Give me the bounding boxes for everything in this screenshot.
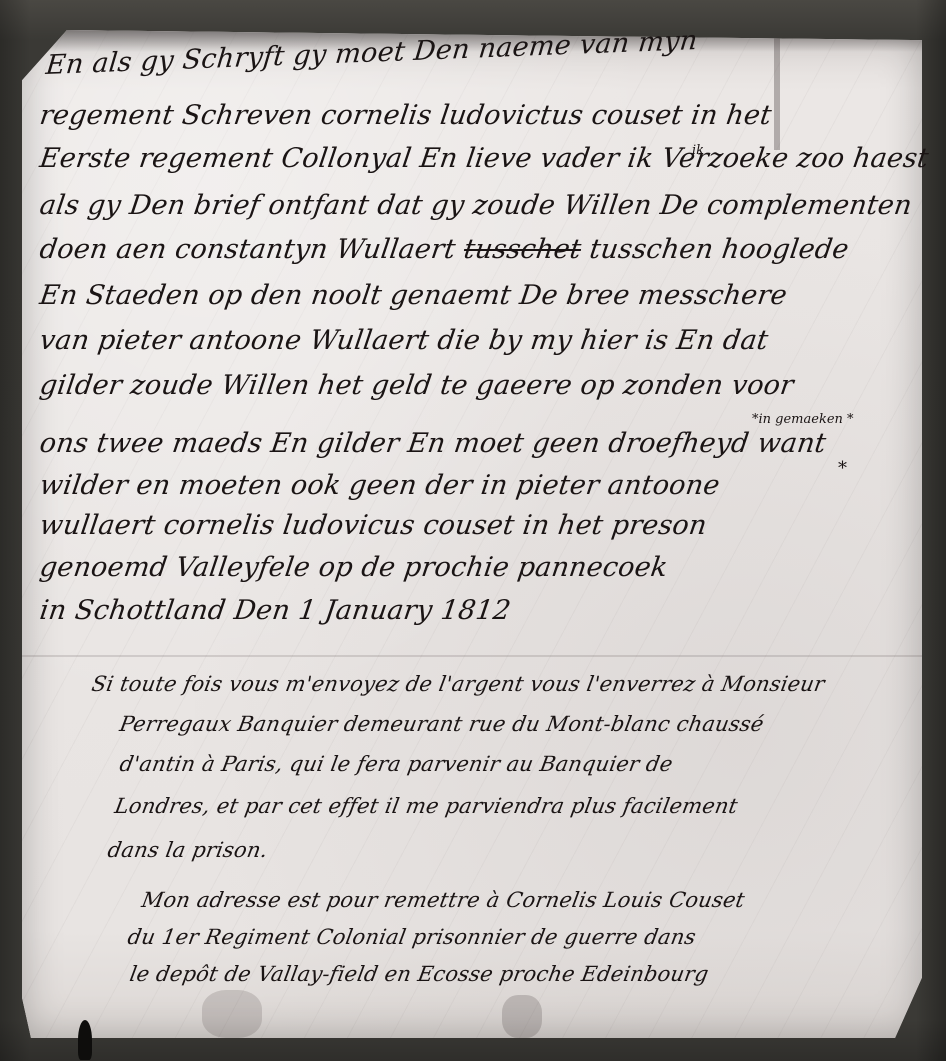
insertion-above-line: *in gemaeken * — [752, 412, 854, 427]
dutch-line-5-end: tusschen hooglede — [588, 234, 851, 265]
dutch-line-10: wilder en moeten ook geen der in pieter … — [38, 470, 722, 501]
dutch-line-2: regement Schreven cornelis ludovictus co… — [38, 100, 774, 131]
french-p1-line-1: Si toute fois vous m'envoyez de l'argent… — [90, 672, 827, 696]
french-p2-line-2: du 1er Regiment Colonial prisonnier de g… — [126, 925, 698, 949]
asterisk-mark: * — [838, 458, 847, 479]
french-p2-line-3: le depôt de Vallay-field en Ecosse proch… — [128, 962, 711, 986]
dutch-line-4: als gy Den brief ontfant dat gy zoude Wi… — [38, 190, 914, 221]
paper-stain — [202, 990, 262, 1038]
dutch-line-7: van pieter antoone Wullaert die by my hi… — [38, 325, 770, 356]
dutch-line-12: genoemd Valleyfele op de prochie panneco… — [38, 552, 670, 583]
french-p1-line-4: Londres, et par cet effet il me parviend… — [113, 794, 740, 818]
dutch-line-11: wullaert cornelis ludovicus couset in he… — [38, 510, 709, 541]
dutch-line-3: Eerste regement Collonyal En lieve vader… — [38, 143, 931, 174]
struck-word: tusschet — [462, 234, 583, 265]
dark-blot — [78, 1020, 92, 1060]
dutch-line-9-text: ons twee maeds En gilder En moet geen dr… — [38, 428, 751, 459]
paper-fold-stain — [774, 30, 780, 150]
dutch-line-9-end: want — [755, 428, 828, 459]
dutch-line-6: En Staeden op den noolt genaemt De bree … — [38, 280, 789, 311]
dutch-line-9: ons twee maeds En gilder En moet geen dr… — [38, 428, 828, 459]
paper-stain — [502, 995, 542, 1038]
french-p1-line-3: d'antin à Paris, qui le fera parvenir au… — [118, 752, 675, 776]
dutch-line-13-date: in Schottland Den 1 January 1812 — [38, 595, 513, 626]
dutch-line-5-start: doen aen constantyn Wullaert — [38, 234, 458, 265]
superscript-insert-ik: ik — [692, 143, 704, 158]
dutch-line-5: doen aen constantyn Wullaert tusschet tu… — [38, 234, 851, 265]
french-p2-line-1: Mon adresse est pour remettre à Cornelis… — [140, 888, 747, 912]
paper-crease — [22, 655, 922, 657]
french-p1-line-2: Perregaux Banquier demeurant rue du Mont… — [118, 712, 766, 736]
french-p1-line-5: dans la prison. — [106, 838, 270, 862]
dutch-line-8: gilder zoude Willen het geld te gaeere o… — [38, 370, 796, 401]
